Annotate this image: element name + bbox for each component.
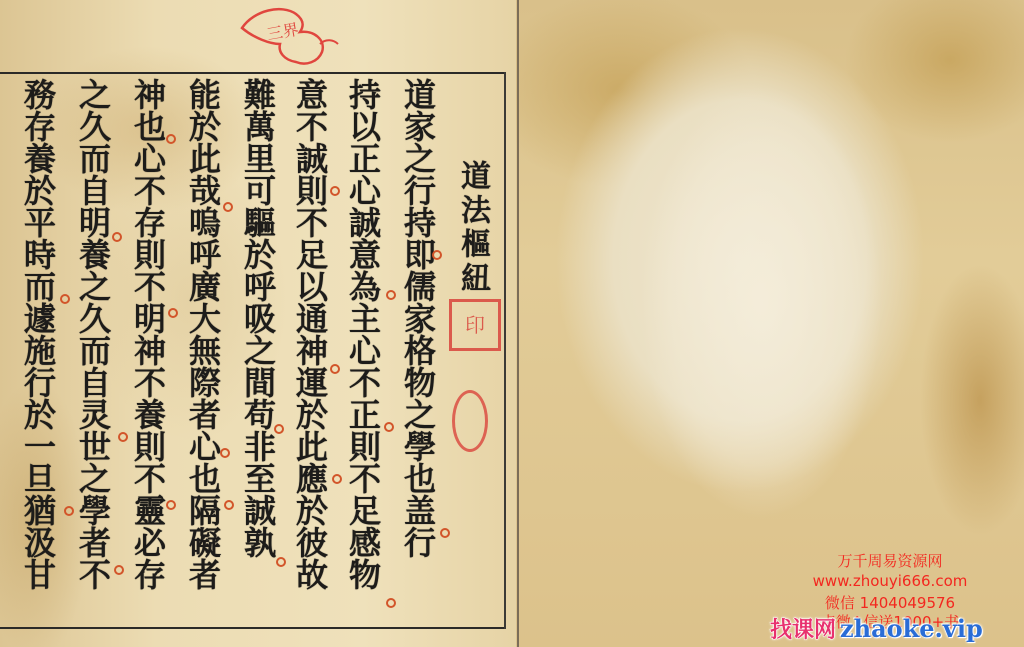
square-seal-icon: 印	[449, 299, 501, 351]
text-column-7: 之久而自明養之久而自灵世之學者不	[73, 78, 113, 590]
text-column-8: 務存養於平時而遽施行於一旦猶汲甘	[18, 78, 58, 590]
punctuation-mark	[118, 432, 128, 442]
punctuation-mark	[332, 474, 342, 484]
overlay-watermark: 找课网 zhaoke.vip	[770, 611, 983, 645]
watermark-site-name: 万千周易资源网	[770, 551, 1010, 571]
inner-frame-line	[504, 72, 506, 629]
text-column-5: 能於此哉嗚呼廣大無際者心也隔礙者	[183, 78, 223, 590]
text-column-3: 意不誠則不足以通神運於此應於彼故	[290, 78, 330, 590]
book-spread: 三界 道法樞紐 道家之行持即儒家格物之學也盖行 持以正心誠意為主心不正則不足感物…	[0, 0, 1024, 647]
bottom-border-rule	[0, 627, 505, 629]
punctuation-mark	[168, 308, 178, 318]
punctuation-mark	[386, 598, 396, 608]
square-seal-text: 印	[465, 314, 485, 336]
punctuation-mark	[276, 557, 286, 567]
watermark-wechat: 微信 1404049576	[770, 593, 1010, 613]
punctuation-mark	[386, 290, 396, 300]
text-column-4: 難萬里可驅於呼吸之間苟非至誠孰	[238, 78, 278, 558]
text-column-1: 道家之行持即儒家格物之學也盖行	[398, 78, 438, 558]
punctuation-mark	[432, 250, 442, 260]
watermark-url: www.zhouyi666.com	[770, 571, 1010, 591]
right-page-blank	[516, 0, 1024, 647]
gourd-seal-icon: 三界	[234, 4, 344, 74]
punctuation-mark	[112, 232, 122, 242]
overlay-watermark-cn: 找课网	[770, 613, 836, 644]
punctuation-mark	[224, 500, 234, 510]
punctuation-mark	[330, 186, 340, 196]
punctuation-mark	[220, 448, 230, 458]
punctuation-mark	[60, 294, 70, 304]
punctuation-mark	[274, 424, 284, 434]
punctuation-mark	[166, 134, 176, 144]
text-column-6: 神也心不存則不明神不養則不靈必存	[128, 78, 168, 590]
page-gutter-line	[517, 0, 519, 647]
punctuation-mark	[223, 202, 233, 212]
svg-text:三界: 三界	[265, 20, 300, 44]
text-column-2: 持以正心誠意為主心不正則不足感物	[343, 78, 383, 590]
punctuation-mark	[440, 528, 450, 538]
punctuation-mark	[384, 422, 394, 432]
punctuation-mark	[166, 500, 176, 510]
punctuation-mark	[114, 565, 124, 575]
punctuation-mark	[64, 506, 74, 516]
overlay-watermark-en: zhaoke.vip	[840, 614, 983, 643]
oval-seal-icon	[452, 390, 488, 452]
document-title: 道法樞紐	[452, 160, 492, 296]
punctuation-mark	[330, 364, 340, 374]
